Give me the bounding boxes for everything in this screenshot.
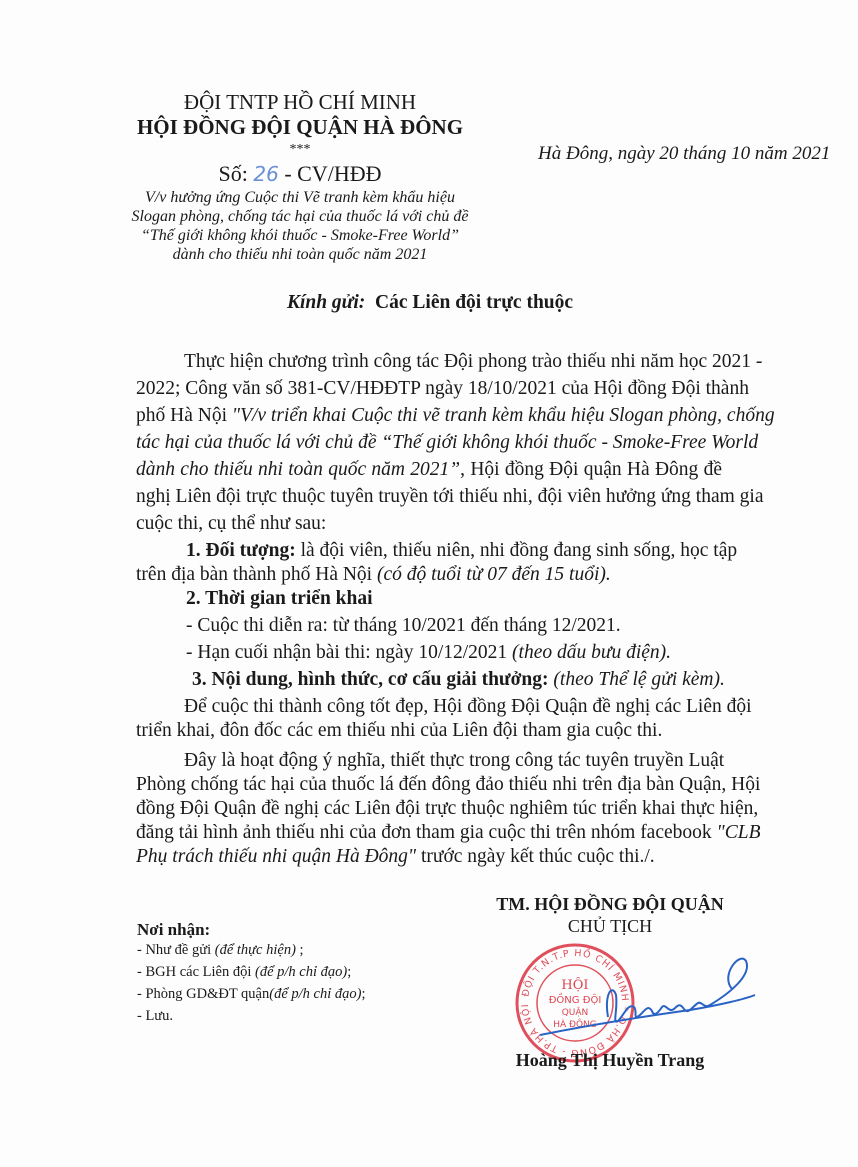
para-3-line-5: Phụ trách thiếu nhi quận Hà Đông" trước … [136, 847, 722, 867]
section-1-label: 1. Đối tượng: [186, 540, 296, 561]
subject-line-4: dành cho thiếu nhi toàn quốc năm 2021 [120, 247, 480, 263]
section-1-text: trên địa bàn thành phố Hà Nội [136, 564, 377, 585]
distribution-item: - Như đề gửi (để thực hiện) ; [137, 943, 304, 958]
number-prefix: Số: [219, 161, 254, 186]
distribution-item: - Lưu. [137, 1009, 173, 1024]
facebook-group-name: "CLB [717, 822, 761, 843]
org-line-2: HỘI ĐỒNG ĐỘI QUẬN HÀ ĐÔNG [130, 117, 470, 138]
section-3-label: 3. Nội dung, hình thức, cơ cấu giải thưở… [192, 669, 549, 690]
para-3-line-2: Phòng chống tác hại của thuốc lá đến đôn… [136, 775, 722, 795]
on-behalf-title: TM. HỘI ĐỒNG ĐỘI QUẬN [460, 895, 760, 913]
facebook-group-name: Phụ trách thiếu nhi quận Hà Đông" [136, 846, 416, 867]
signer-name: Hoàng Thị Huyền Trang [460, 1051, 760, 1069]
distribution-item: - Phòng GD&ĐT quận(để p/h chỉ đạo); [137, 987, 366, 1002]
intro-line-4: tác hại của thuốc lá với chủ đề “Thế giớ… [136, 433, 722, 453]
intro-line-1: Thực hiện chương trình công tác Đội phon… [136, 352, 722, 372]
section-2-label: 2. Thời gian triển khai [136, 589, 772, 609]
place-date: Hà Đông, ngày 20 tháng 10 năm 2021 [538, 144, 830, 163]
intro-line-3: phố Hà Nội "V/v triển khai Cuộc thi vẽ t… [136, 406, 722, 426]
para-3-line-3: đồng Đội Quận đề nghị các Liên đội trực … [136, 799, 722, 819]
section-2-item-2: - Hạn cuối nhận bài thi: ngày 10/12/2021… [136, 643, 772, 663]
para-3-line-4: đăng tải hình ảnh thiếu nhi của đơn tham… [136, 823, 722, 843]
para-3-text: đăng tải hình ảnh thiếu nhi của đơn tham… [136, 822, 717, 843]
section-2-item-2-note: (theo dấu bưu điện). [512, 642, 671, 663]
position-title: CHỦ TỊCH [460, 917, 760, 935]
number-suffix: - CV/HĐĐ [279, 161, 382, 186]
para-3-text: trước ngày kết thúc cuộc thi./. [416, 846, 655, 867]
recipient: Kính gửi: Các Liên đội trực thuộc [120, 293, 740, 313]
intro-quote-end: dành cho thiếu nhi toàn quốc năm 2021” [136, 459, 460, 480]
intro-text: , Hội đồng Đội quận Hà Đông đề [460, 459, 722, 480]
handwritten-signature [520, 955, 760, 1065]
intro-line-5: dành cho thiếu nhi toàn quốc năm 2021”, … [136, 460, 722, 480]
section-1-line-1: 1. Đối tượng: là đội viên, thiếu niên, n… [136, 541, 722, 561]
handwritten-number: 26 [253, 162, 278, 186]
section-1-line-2: trên địa bàn thành phố Hà Nội (có độ tuổ… [136, 565, 722, 585]
section-2-item-2-text: - Hạn cuối nhận bài thi: ngày 10/12/2021 [186, 642, 512, 663]
recipient-value: Các Liên đội trực thuộc [375, 292, 573, 313]
subject-line-3: “Thế giới không khói thuốc - Smoke-Free … [120, 228, 480, 244]
intro-line-2: 2022; Công văn số 381-CV/HĐĐTP ngày 18/1… [136, 379, 722, 399]
section-1-text: là đội viên, thiếu niên, nhi đồng đang s… [296, 540, 737, 561]
stars-divider: *** [130, 143, 470, 157]
org-line-1: ĐỘI TNTP HỒ CHÍ MINH [130, 92, 470, 113]
intro-text: phố Hà Nội [136, 405, 232, 426]
subject-line-2: Slogan phòng, chống tác hại của thuốc lá… [120, 209, 480, 225]
para-2-line-1: Để cuộc thi thành công tốt đẹp, Hội đồng… [136, 697, 722, 717]
section-3-line: 3. Nội dung, hình thức, cơ cấu giải thưở… [136, 670, 778, 690]
subject-line-1: V/v hưởng ứng Cuộc thi Vẽ tranh kèm khẩu… [120, 190, 480, 206]
para-3-line-1: Đây là hoạt động ý nghĩa, thiết thực tro… [136, 751, 722, 771]
section-1-note: (có độ tuổi từ 07 đến 15 tuổi). [377, 564, 611, 585]
intro-line-6: nghị Liên đội trực thuộc tuyên truyền tớ… [136, 487, 722, 507]
distribution-item: - BGH các Liên đội (để p/h chỉ đạo); [137, 965, 351, 980]
distribution-title: Nơi nhận: [137, 921, 210, 938]
para-2-line-2: triển khai, đôn đốc các em thiếu nhi của… [136, 721, 722, 741]
section-3-note: (theo Thể lệ gửi kèm). [549, 669, 725, 690]
intro-quote: "V/v triển khai Cuộc thi vẽ tranh kèm kh… [232, 405, 775, 426]
recipient-label: Kính gửi: [287, 292, 365, 313]
intro-line-7: cuộc thi, cụ thể như sau: [136, 514, 722, 534]
document-number: Số: 26 - CV/HĐĐ [130, 163, 470, 185]
section-2-item-1: - Cuộc thi diễn ra: từ tháng 10/2021 đến… [136, 616, 772, 636]
